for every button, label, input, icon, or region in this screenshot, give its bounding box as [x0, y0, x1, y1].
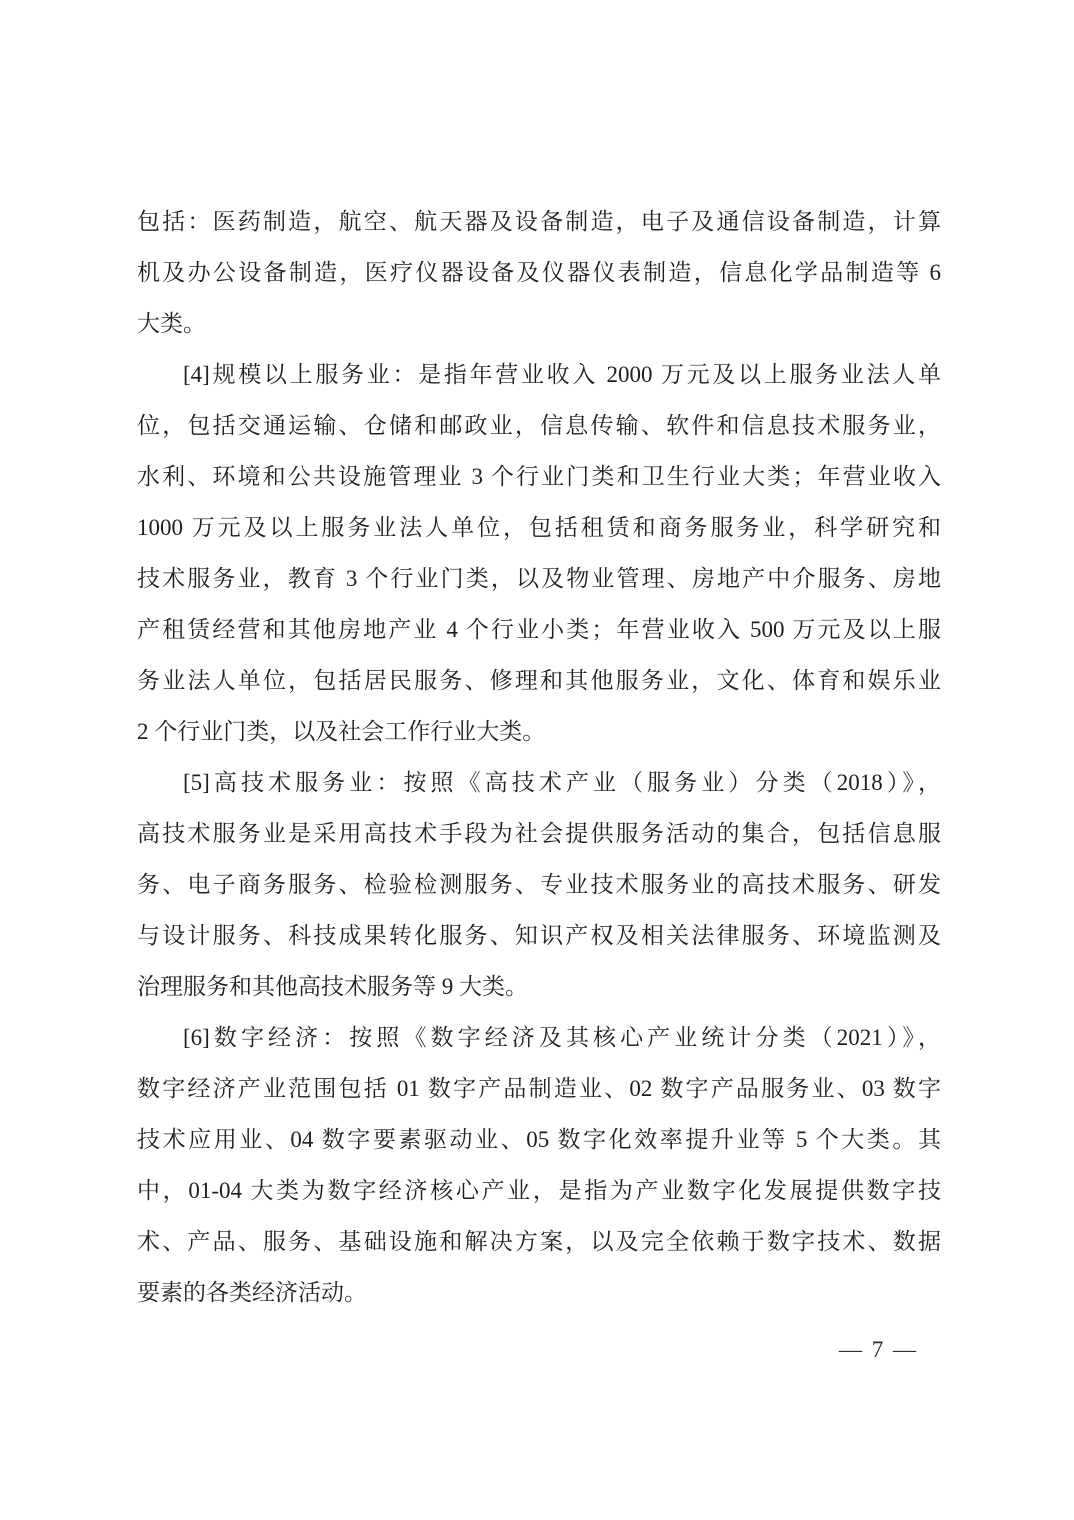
text-line: 包括：医药制造，航空、航天器及设备制造，电子及通信设备制造，计算 [137, 196, 941, 247]
paragraph: 包括：医药制造，航空、航天器及设备制造，电子及通信设备制造，计算机及办公设备制造… [137, 196, 941, 349]
text-line: 技术服务业，教育 3 个行业门类，以及物业管理、房地产中介服务、房地 [137, 553, 941, 604]
text-line: 务、电子商务服务、检验检测服务、专业技术服务业的高技术服务、研发 [137, 859, 941, 910]
text-line: 术、产品、服务、基础设施和解决方案，以及完全依赖于数字技术、数据 [137, 1216, 941, 1267]
text-line: 治理服务和其他高技术服务等 9 大类。 [137, 961, 941, 1012]
paragraph: [4]规模以上服务业：是指年营业收入 2000 万元及以上服务业法人单位，包括交… [137, 349, 941, 757]
document-body: 包括：医药制造，航空、航天器及设备制造，电子及通信设备制造，计算机及办公设备制造… [137, 196, 941, 1318]
paragraph: [6]数字经济：按照《数字经济及其核心产业统计分类（2021）》，数字经济产业范… [137, 1012, 941, 1318]
text-line: 高技术服务业是采用高技术手段为社会提供服务活动的集合，包括信息服 [137, 808, 941, 859]
text-line: 大类。 [137, 298, 941, 349]
text-line: 务业法人单位，包括居民服务、修理和其他服务业，文化、体育和娱乐业 [137, 655, 941, 706]
text-line: 与设计服务、科技成果转化服务、知识产权及相关法律服务、环境监测及 [137, 910, 941, 961]
document-page: 包括：医药制造，航空、航天器及设备制造，电子及通信设备制造，计算机及办公设备制造… [0, 0, 1074, 1520]
page-number: — 7 — [839, 1330, 941, 1370]
text-line: [4]规模以上服务业：是指年营业收入 2000 万元及以上服务业法人单 [137, 349, 941, 400]
text-line: 机及办公设备制造，医疗仪器设备及仪器仪表制造，信息化学品制造等 6 [137, 247, 941, 298]
text-line: 数字经济产业范围包括 01 数字产品制造业、02 数字产品服务业、03 数字 [137, 1063, 941, 1114]
text-line: 位，包括交通运输、仓储和邮政业，信息传输、软件和信息技术服务业， [137, 400, 941, 451]
text-line: 产租赁经营和其他房地产业 4 个行业小类；年营业收入 500 万元及以上服 [137, 604, 941, 655]
text-line: 技术应用业、04 数字要素驱动业、05 数字化效率提升业等 5 个大类。其 [137, 1114, 941, 1165]
text-line: 中，01-04 大类为数字经济核心产业，是指为产业数字化发展提供数字技 [137, 1165, 941, 1216]
text-line: 水利、环境和公共设施管理业 3 个行业门类和卫生行业大类；年营业收入 [137, 451, 941, 502]
text-line: 2 个行业门类，以及社会工作行业大类。 [137, 706, 941, 757]
page-footer: — 7 — [137, 1330, 941, 1370]
text-line: 1000 万元及以上服务业法人单位，包括租赁和商务服务业，科学研究和 [137, 502, 941, 553]
text-line: [6]数字经济：按照《数字经济及其核心产业统计分类（2021）》， [137, 1012, 941, 1063]
paragraph: [5]高技术服务业：按照《高技术产业（服务业）分类（2018）》，高技术服务业是… [137, 757, 941, 1012]
text-line: [5]高技术服务业：按照《高技术产业（服务业）分类（2018）》， [137, 757, 941, 808]
text-line: 要素的各类经济活动。 [137, 1267, 941, 1318]
